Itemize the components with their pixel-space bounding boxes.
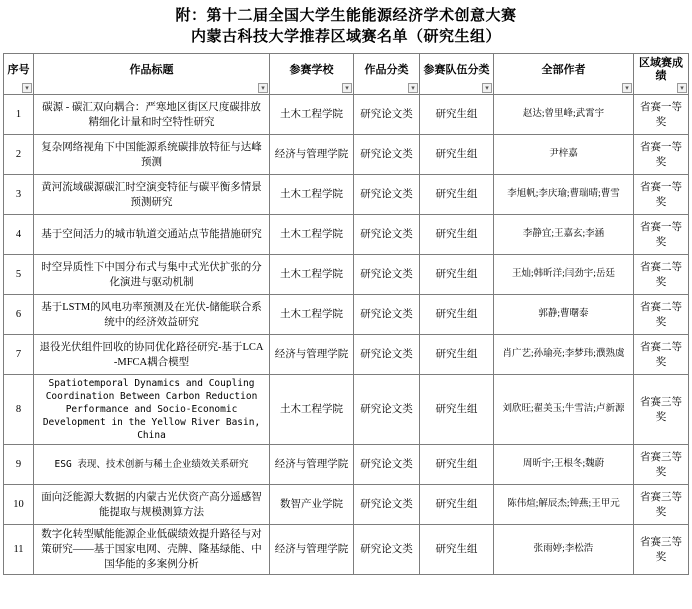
table-row: 1碳源 - 碳汇双向耦合：严寒地区街区尺度碳排放精细化计量和时空特性研究土木工程… xyxy=(4,95,689,135)
cell-title: 复杂网络视角下中国能源系统碳排放特征与达峰预测 xyxy=(34,135,270,175)
col-header-label: 全部作者 xyxy=(542,64,586,76)
col-header-category: 作品分类▾ xyxy=(354,54,420,95)
cell-school: 土木工程学院 xyxy=(270,375,354,445)
cell-category: 研究论文类 xyxy=(354,175,420,215)
table-row: 4基于空间活力的城市轨道交通站点节能措施研究土木工程学院研究论文类研究生组李静宜… xyxy=(4,215,689,255)
cell-title: 面向泛能源大数据的内蒙古光伏资产高分遥感智能提取与规模测算方法 xyxy=(34,485,270,525)
table-row: 10面向泛能源大数据的内蒙古光伏资产高分遥感智能提取与规模测算方法数智产业学院研… xyxy=(4,485,689,525)
cell-no: 1 xyxy=(4,95,34,135)
cell-no: 11 xyxy=(4,525,34,575)
doc-title-line2: 内蒙古科技大学推荐区域赛名单（研究生组） xyxy=(0,27,692,48)
cell-no: 8 xyxy=(4,375,34,445)
cell-school: 土木工程学院 xyxy=(270,295,354,335)
cell-result: 省赛三等奖 xyxy=(634,485,689,525)
cell-result: 省赛二等奖 xyxy=(634,295,689,335)
cell-title: 退役光伏组件回收的协同优化路径研究-基于LCA-MFCA耦合模型 xyxy=(34,335,270,375)
cell-no: 9 xyxy=(4,445,34,485)
cell-authors: 李静宜;王嘉玄;李涵 xyxy=(494,215,634,255)
col-header-result: 区域赛成绩▾ xyxy=(634,54,689,95)
cell-authors: 尹梓嘉 xyxy=(494,135,634,175)
cell-result: 省赛三等奖 xyxy=(634,375,689,445)
cell-no: 4 xyxy=(4,215,34,255)
cell-category: 研究论文类 xyxy=(354,375,420,445)
cell-title: 时空异质性下中国分布式与集中式光伏扩张的分化演进与驱动机制 xyxy=(34,255,270,295)
table-row: 11数字化转型赋能能源企业低碳绩效提升路径与对策研究——基于国家电网、壳牌、隆基… xyxy=(4,525,689,575)
filter-dropdown-icon[interactable]: ▾ xyxy=(408,83,418,93)
cell-category: 研究论文类 xyxy=(354,215,420,255)
cell-no: 5 xyxy=(4,255,34,295)
cell-school: 数智产业学院 xyxy=(270,485,354,525)
cell-authors: 王灿;韩昕洋;闫劲宇;岳廷 xyxy=(494,255,634,295)
table-row: 5时空异质性下中国分布式与集中式光伏扩张的分化演进与驱动机制土木工程学院研究论文… xyxy=(4,255,689,295)
cell-school: 土木工程学院 xyxy=(270,255,354,295)
cell-authors: 张雨婷;李松浩 xyxy=(494,525,634,575)
cell-result: 省赛二等奖 xyxy=(634,255,689,295)
cell-school: 土木工程学院 xyxy=(270,95,354,135)
cell-team: 研究生组 xyxy=(420,375,494,445)
cell-team: 研究生组 xyxy=(420,295,494,335)
cell-team: 研究生组 xyxy=(420,175,494,215)
cell-authors: 李旭帆;李庆瑜;曹瑞晴;曹雪 xyxy=(494,175,634,215)
cell-no: 2 xyxy=(4,135,34,175)
cell-title: 碳源 - 碳汇双向耦合：严寒地区街区尺度碳排放精细化计量和时空特性研究 xyxy=(34,95,270,135)
cell-team: 研究生组 xyxy=(420,445,494,485)
col-header-authors: 全部作者▾ xyxy=(494,54,634,95)
cell-title: 黄河流域碳源碳汇时空演变特征与碳平衡多情景预测研究 xyxy=(34,175,270,215)
table-row: 6基于LSTM的风电功率预测及在光伏-储能联合系统中的经济效益研究土木工程学院研… xyxy=(4,295,689,335)
col-header-school: 参赛学校▾ xyxy=(270,54,354,95)
cell-result: 省赛二等奖 xyxy=(634,335,689,375)
cell-team: 研究生组 xyxy=(420,135,494,175)
cell-authors: 肖广艺;孙瑜亮;李梦玮;濮熟虞 xyxy=(494,335,634,375)
page: 附：第十二届全国大学生能能源经济学术创意大赛 内蒙古科技大学推荐区域赛名单（研究… xyxy=(0,0,692,609)
cell-result: 省赛一等奖 xyxy=(634,95,689,135)
table-row: 8Spatiotemporal Dynamics and Coupling Co… xyxy=(4,375,689,445)
cell-category: 研究论文类 xyxy=(354,525,420,575)
cell-category: 研究论文类 xyxy=(354,295,420,335)
col-header-label: 参赛队伍分类 xyxy=(424,64,490,76)
table-row: 7退役光伏组件回收的协同优化路径研究-基于LCA-MFCA耦合模型经济与管理学院… xyxy=(4,335,689,375)
cell-team: 研究生组 xyxy=(420,215,494,255)
cell-authors: 郭静;曹曙泰 xyxy=(494,295,634,335)
cell-authors: 刘欣旺;翟美玉;牛雪洁;卢新源 xyxy=(494,375,634,445)
cell-team: 研究生组 xyxy=(420,485,494,525)
table-row: 3黄河流域碳源碳汇时空演变特征与碳平衡多情景预测研究土木工程学院研究论文类研究生… xyxy=(4,175,689,215)
cell-authors: 周昕宇;王根冬;魏蔚 xyxy=(494,445,634,485)
cell-category: 研究论文类 xyxy=(354,135,420,175)
cell-school: 经济与管理学院 xyxy=(270,525,354,575)
col-header-label: 作品标题 xyxy=(130,64,174,76)
cell-category: 研究论文类 xyxy=(354,255,420,295)
col-header-label: 作品分类 xyxy=(365,64,409,76)
filter-dropdown-icon[interactable]: ▾ xyxy=(622,83,632,93)
doc-title: 附：第十二届全国大学生能能源经济学术创意大赛 内蒙古科技大学推荐区域赛名单（研究… xyxy=(0,0,692,53)
doc-title-line1: 附：第十二届全国大学生能能源经济学术创意大赛 xyxy=(0,6,692,27)
cell-school: 土木工程学院 xyxy=(270,175,354,215)
header-row: 序号▾作品标题▾参赛学校▾作品分类▾参赛队伍分类▾全部作者▾区域赛成绩▾ xyxy=(4,54,689,95)
cell-result: 省赛三等奖 xyxy=(634,445,689,485)
cell-title: 基于空间活力的城市轨道交通站点节能措施研究 xyxy=(34,215,270,255)
filter-dropdown-icon[interactable]: ▾ xyxy=(342,83,352,93)
cell-no: 10 xyxy=(4,485,34,525)
cell-title: 数字化转型赋能能源企业低碳绩效提升路径与对策研究——基于国家电网、壳牌、隆基绿能… xyxy=(34,525,270,575)
cell-no: 6 xyxy=(4,295,34,335)
filter-dropdown-icon[interactable]: ▾ xyxy=(22,83,32,93)
cell-team: 研究生组 xyxy=(420,525,494,575)
results-table: 序号▾作品标题▾参赛学校▾作品分类▾参赛队伍分类▾全部作者▾区域赛成绩▾ 1碳源… xyxy=(3,53,689,575)
filter-dropdown-icon[interactable]: ▾ xyxy=(677,83,687,93)
cell-title: 基于LSTM的风电功率预测及在光伏-储能联合系统中的经济效益研究 xyxy=(34,295,270,335)
table-row: 2复杂网络视角下中国能源系统碳排放特征与达峰预测经济与管理学院研究论文类研究生组… xyxy=(4,135,689,175)
cell-result: 省赛一等奖 xyxy=(634,135,689,175)
col-header-team: 参赛队伍分类▾ xyxy=(420,54,494,95)
col-header-no: 序号▾ xyxy=(4,54,34,95)
cell-result: 省赛一等奖 xyxy=(634,175,689,215)
table-row: 9ESG 表现、技术创新与稀土企业绩效关系研究经济与管理学院研究论文类研究生组周… xyxy=(4,445,689,485)
cell-authors: 陈伟煊;解辰杰;钟燕;王甲元 xyxy=(494,485,634,525)
cell-authors: 赵达;曾里峰;武霄宇 xyxy=(494,95,634,135)
cell-school: 经济与管理学院 xyxy=(270,335,354,375)
cell-team: 研究生组 xyxy=(420,95,494,135)
cell-category: 研究论文类 xyxy=(354,335,420,375)
filter-dropdown-icon[interactable]: ▾ xyxy=(258,83,268,93)
cell-school: 经济与管理学院 xyxy=(270,135,354,175)
col-header-label: 序号 xyxy=(8,64,30,76)
cell-result: 省赛三等奖 xyxy=(634,525,689,575)
cell-category: 研究论文类 xyxy=(354,445,420,485)
cell-result: 省赛一等奖 xyxy=(634,215,689,255)
cell-school: 土木工程学院 xyxy=(270,215,354,255)
cell-no: 7 xyxy=(4,335,34,375)
filter-dropdown-icon[interactable]: ▾ xyxy=(482,83,492,93)
cell-school: 经济与管理学院 xyxy=(270,445,354,485)
cell-title: ESG 表现、技术创新与稀土企业绩效关系研究 xyxy=(34,445,270,485)
cell-category: 研究论文类 xyxy=(354,95,420,135)
col-header-title: 作品标题▾ xyxy=(34,54,270,95)
col-header-label: 参赛学校 xyxy=(290,64,334,76)
cell-category: 研究论文类 xyxy=(354,485,420,525)
col-header-label: 区域赛成绩 xyxy=(639,57,683,82)
cell-team: 研究生组 xyxy=(420,335,494,375)
cell-no: 3 xyxy=(4,175,34,215)
cell-team: 研究生组 xyxy=(420,255,494,295)
cell-title: Spatiotemporal Dynamics and Coupling Coo… xyxy=(34,375,270,445)
